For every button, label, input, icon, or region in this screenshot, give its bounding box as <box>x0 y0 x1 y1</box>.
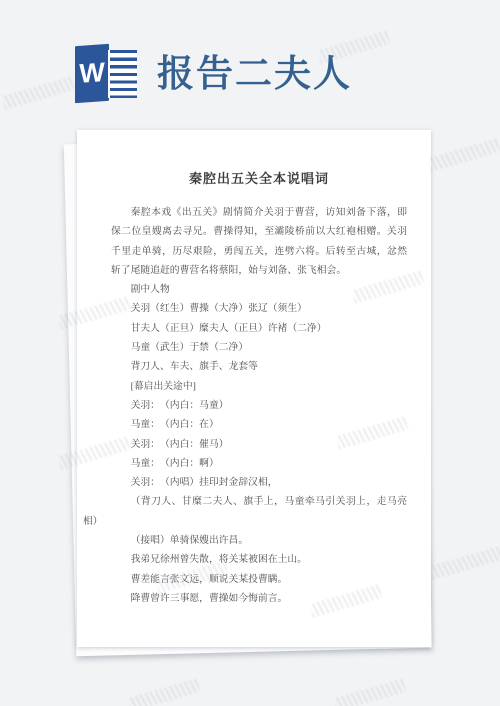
doc-line: 我弟兄徐州曾失散，将关某被困在土山。 <box>111 550 407 569</box>
doc-line: 剧中人物 <box>111 280 407 299</box>
doc-line: 马童： （内白：在） <box>111 415 407 434</box>
doc-line: 千里走单骑，历尽艰险，勇闯五关，连劈六将。后转至古城，忿然 <box>111 242 407 261</box>
doc-line: 甘夫人（正旦）糜夫人（正旦）许褚（二净） <box>111 319 407 338</box>
word-icon-slab: W <box>75 44 109 103</box>
document-page[interactable]: 秦腔出五关全本说唱词 秦腔本戏《出五关》剧情简介关羽于曹营，访知刘备下落，即保二… <box>77 130 431 647</box>
word-icon-letter: W <box>79 59 104 88</box>
watermark <box>127 678 200 706</box>
doc-line: 相） <box>83 512 407 531</box>
watermark <box>1 76 74 109</box>
doc-line: [幕启出关途中] <box>111 377 407 396</box>
doc-line: 关羽（红生）曹操（大净）张辽（须生） <box>111 299 407 318</box>
doc-line: 降曹曾许三事愿，曹操如今悔前言。 <box>111 589 407 608</box>
doc-line: 秦腔本戏《出五关》剧情简介关羽于曹营，访知刘备下落，即 <box>111 203 407 222</box>
watermark <box>429 546 500 579</box>
document-body: 秦腔本戏《出五关》剧情简介关羽于曹营，访知刘备下落，即保二位皇嫂离去寻兄。曹操得… <box>111 203 407 608</box>
doc-line: 背刀人、车夫、旗手、龙套等 <box>111 357 407 376</box>
page-title: 报告二夫人 <box>157 56 352 93</box>
doc-line: 关羽： （内唱）挂印封金辞汉相， <box>111 473 407 492</box>
doc-line: 保二位皇嫂离去寻兄。曹操得知，至灞陵桥前以大红袍相赠。关羽 <box>111 222 407 241</box>
screenshot-root: { "header": { "icon_letter": "W", "title… <box>0 0 500 706</box>
doc-line: 关羽： （内白：马童） <box>111 396 407 415</box>
doc-line: （背刀人、甘糜二夫人、旗手上，马童牵马引关羽上，走马亮 <box>111 492 407 511</box>
doc-line: （接唱）单骑保嫂出许昌。 <box>111 531 407 550</box>
watermark <box>427 138 500 171</box>
word-icon: W <box>75 42 139 106</box>
watermark <box>333 678 406 706</box>
doc-line: 马童（武生）于禁（二净） <box>111 338 407 357</box>
doc-line: 马童： （内白：啊） <box>111 454 407 473</box>
document-title: 秦腔出五关全本说唱词 <box>111 170 407 188</box>
doc-header: W 报告二夫人 <box>75 40 352 108</box>
word-icon-doc-lines <box>108 50 137 98</box>
doc-line: 斩了尾随追赶的曹营名将蔡阳，始与刘备、张飞相会。 <box>111 261 407 280</box>
doc-line: 关羽： （内白：催马） <box>111 435 407 454</box>
doc-line: 曹差能言张文远，顺说关某投曹瞒。 <box>111 570 407 589</box>
